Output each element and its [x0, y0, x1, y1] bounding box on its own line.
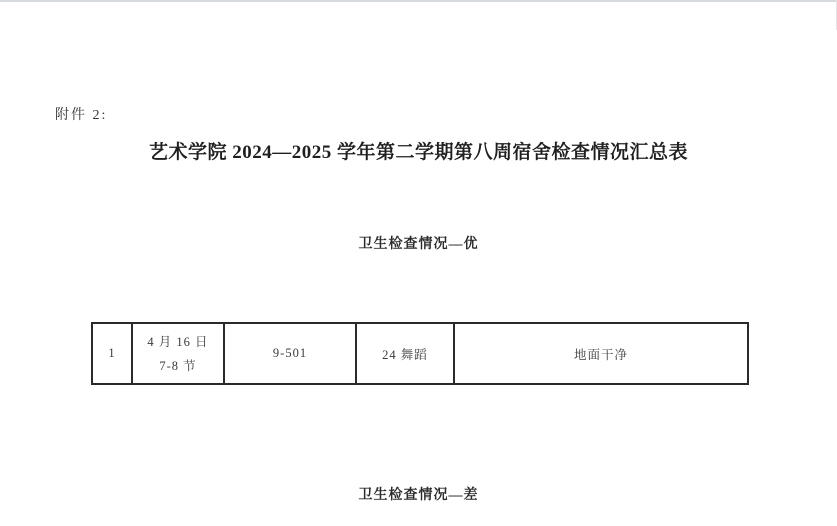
cell-row-index: 1: [92, 323, 132, 384]
date-line-2: 7-8 节: [133, 354, 223, 378]
section-title-excellent: 卫生检查情况—优: [0, 233, 837, 253]
attachment-label: 附件 2:: [55, 104, 107, 124]
table-row: 1 4 月 16 日 7-8 节 9-501 24 舞蹈 地面干净: [92, 323, 748, 384]
inspection-table: 1 4 月 16 日 7-8 节 9-501 24 舞蹈 地面干净: [91, 322, 749, 385]
cell-date: 4 月 16 日 7-8 节: [132, 323, 224, 384]
cell-room-number: 9-501: [224, 323, 356, 384]
date-line-1: 4 月 16 日: [133, 330, 223, 354]
document-page: 附件 2: 艺术学院 2024—2025 学年第二学期第八周宿舍检查情况汇总表 …: [0, 0, 837, 526]
section-title-poor: 卫生检查情况—差: [0, 484, 837, 504]
document-title: 艺术学院 2024—2025 学年第二学期第八周宿舍检查情况汇总表: [0, 137, 837, 164]
cell-class-name: 24 舞蹈: [356, 323, 454, 384]
cell-remark: 地面干净: [454, 323, 748, 384]
top-edge-divider: [0, 0, 837, 2]
